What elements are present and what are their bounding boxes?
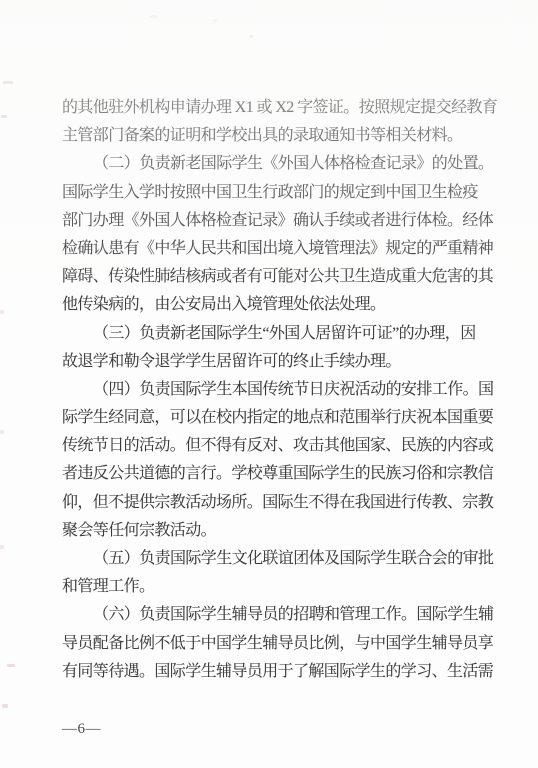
scan-artifact	[0, 430, 4, 434]
text-line: （二）负责新老国际学生《外国人体格检查记录》的处置。	[62, 150, 486, 178]
text-line: 聚会等任何宗教活动。	[62, 517, 486, 545]
text-line: 导员配备比例不低于中国学生辅导员比例，与中国学生辅导员享	[62, 630, 486, 658]
page-number: —6—	[62, 719, 101, 739]
text-line: 部门办理《外国人体格检查记录》确认手续或者进行体检。经体	[62, 207, 486, 235]
text-line: 仰，但不提供宗教活动场所。国际生不得在我国进行传教、宗教	[62, 489, 486, 517]
scan-artifact	[1, 115, 7, 118]
document-body: 的其他驻外机构申请办理 X1 或 X2 字签证。按照规定提交经教育 主管部门备案…	[62, 94, 486, 686]
text-line: 国际学生入学时按照中国卫生行政部门的规定到中国卫生检疫	[62, 179, 486, 207]
text-line: 传统节日的活动。但不得有反对、攻击其他国家、民族的内容或	[62, 432, 486, 460]
scan-speck	[213, 19, 217, 22]
text-line: 他传染病的，由公安局出入境管理处依法处理。	[62, 291, 486, 319]
text-line: 故退学和勒令退学学生居留许可的终止手续办理。	[62, 348, 486, 376]
scan-artifact	[0, 310, 4, 314]
text-line: 检确认患有《中华人民共和国出境入境管理法》规定的严重精神	[62, 235, 486, 263]
text-line: 主管部门备案的证明和学校出具的录取通知书等相关材料。	[62, 122, 486, 150]
scan-artifact	[2, 704, 8, 708]
scan-artifact	[0, 545, 4, 549]
text-line: （六）负责国际学生辅导员的招聘和管理工作。国际学生辅	[62, 601, 486, 629]
scan-speck	[150, 15, 158, 18]
text-line: 有同等待遇。国际学生辅导员用于了解国际学生的学习、生活需	[62, 658, 486, 686]
text-line: 者违反公共道德的言行。学校尊重国际学生的民族习俗和宗教信	[62, 460, 486, 488]
text-line: 障碍、传染性肺结核病或者有可能对公共卫生造成重大危害的其	[62, 263, 486, 291]
text-line: （五）负责国际学生文化联谊团体及国际学生联合会的审批	[62, 545, 486, 573]
text-line: 的其他驻外机构申请办理 X1 或 X2 字签证。按照规定提交经教育	[62, 94, 486, 122]
scan-artifact	[7, 664, 15, 667]
scan-artifact	[3, 81, 13, 84]
text-line: 际学生经同意，可以在校内指定的地点和范围举行庆祝本国重要	[62, 404, 486, 432]
scanned-document-page: 的其他驻外机构申请办理 X1 或 X2 字签证。按照规定提交经教育 主管部门备案…	[0, 0, 538, 768]
text-line: （三）负责新老国际学生“外国人居留许可证”的办理，因	[62, 320, 486, 348]
scan-speck	[249, 35, 253, 38]
text-line: （四）负责国际学生本国传统节日庆祝活动的安排工作。国	[62, 376, 486, 404]
text-line: 和管理工作。	[62, 573, 486, 601]
